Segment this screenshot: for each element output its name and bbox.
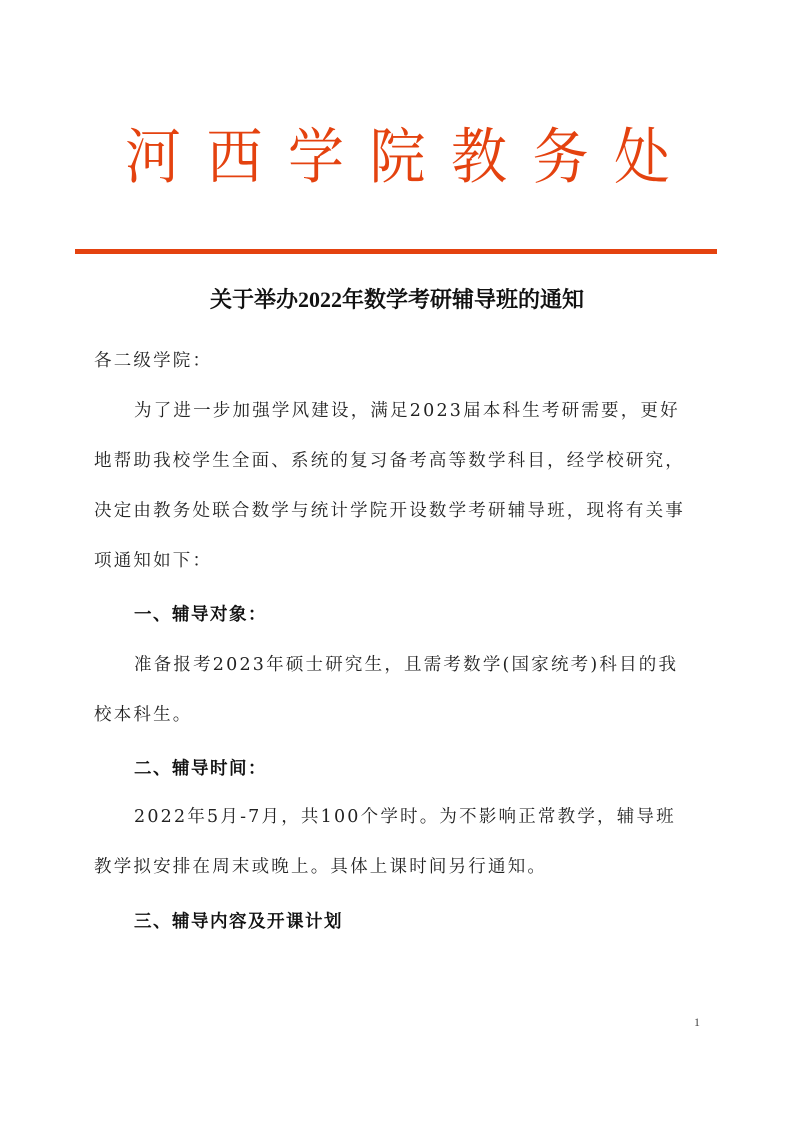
masthead-char: 河 (125, 120, 181, 196)
masthead-title: 河 西 学 院 教 务 处 (125, 118, 670, 198)
masthead-char: 教 (451, 120, 507, 196)
intro-line: 为了进一步加强学风建设，满足2023届本科生考研需要，更好 (134, 399, 744, 423)
document-page: 河 西 学 院 教 务 处 关于举办2022年数学考研辅导班的通知 各二级学院：… (0, 0, 794, 1123)
section-line: 校本科生。 (94, 703, 704, 727)
masthead-char: 处 (614, 120, 670, 196)
section-heading-target: 一、辅导对象： (134, 603, 267, 627)
red-divider (75, 249, 717, 254)
page-number: 1 (694, 1015, 700, 1030)
intro-line: 决定由教务处联合数学与统计学院开设数学考研辅导班，现将有关事 (94, 499, 704, 523)
section-heading-time: 二、辅导时间： (134, 757, 267, 781)
masthead-char: 院 (370, 120, 426, 196)
section-line: 准备报考2023年硕士研究生，且需考数学(国家统考)科目的我 (134, 653, 744, 677)
masthead-char: 西 (207, 120, 263, 196)
masthead-char: 学 (288, 120, 344, 196)
section-heading-content: 三、辅导内容及开课计划 (134, 910, 343, 934)
masthead-char: 务 (533, 120, 589, 196)
salutation: 各二级学院： (94, 349, 704, 373)
section-line: 教学拟安排在周末或晚上。具体上课时间另行通知。 (94, 855, 704, 879)
intro-line: 地帮助我校学生全面、系统的复习备考高等数学科目，经学校研究， (94, 449, 704, 473)
intro-line: 项通知如下： (94, 549, 704, 573)
document-title: 关于举办2022年数学考研辅导班的通知 (0, 284, 794, 316)
section-line: 2022年5月-7月，共100个学时。为不影响正常教学，辅导班 (134, 805, 744, 829)
